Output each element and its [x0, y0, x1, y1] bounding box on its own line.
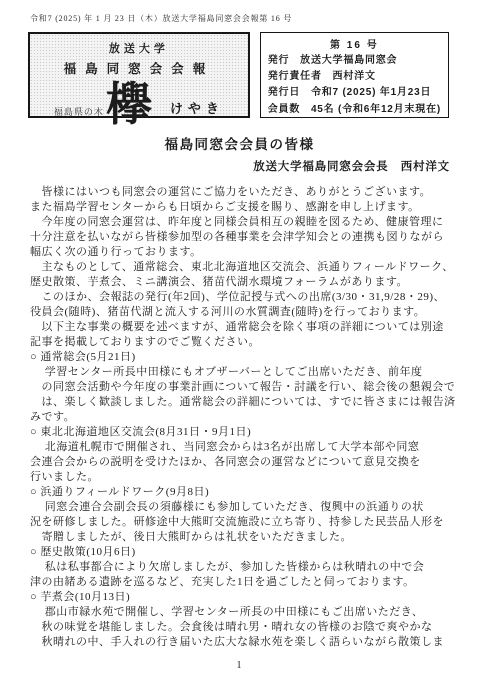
body-line: は、楽しく歓談しました。通常総会の詳細については、すでに皆さまには報告済: [30, 395, 455, 410]
masthead-row: 放送大学 福島同窓会会報 福島県の木 欅 けやき 第 16 号 発行 放送大学福…: [28, 32, 449, 118]
body-line: 以下主な事業の概要を述べますが、通常総会を除く事項の詳細については別途: [30, 320, 455, 335]
body-line: 況を研修しました。研修途中大熊町交流施設に立ち寄り、持参した民芸品人形を: [30, 515, 455, 530]
body-line: 十分注意を払いながら皆様参加型の各種事業を会津学知会との連携も図りながら: [30, 230, 455, 245]
body-line: 私は私事都合により欠席しましたが、参加した皆様からは秋晴れの中で会: [30, 560, 455, 575]
body-line: 今年度の同窓会運営は、昨年度と同様会員相互の親睦を図るため、健康管理に: [30, 215, 455, 230]
bulletin-title: 福島同窓会会報: [30, 59, 248, 77]
body-line: の同窓会活動や今年度の事業計画について報告・討議を行い、総会後の懇親会で: [30, 380, 455, 395]
body-line: また福島学習センターからも日頃からご支援を賜り、感謝を申し上げます。: [30, 200, 455, 215]
keyaki-kanji-logo: 欅: [106, 83, 152, 127]
body-line: 同窓会連合会副会長の須藤様にも参加していただき、復興中の浜通りの状: [30, 500, 455, 515]
masthead-box: 放送大学 福島同窓会会報 福島県の木 欅 けやき: [28, 32, 250, 118]
issue-info-line: 発行日 令和7 (2025) 年1月23日: [268, 85, 441, 101]
body-line: 皆様にはいつも同窓会の運営にご協力をいただき、ありがとうございます。: [30, 185, 455, 200]
body-line: 北海道札幌市で開催され、当同窓会からは3名が出席して大学本部や同窓: [30, 440, 455, 455]
issue-info-lines: 発行 放送大学福島同窓会発行責任者 西村洋文発行日 令和7 (2025) 年1月…: [268, 53, 441, 118]
header-dateline: 令和7 (2025) 年 1 月 23 日（木）放送大学福島同窓会会報第 16 …: [30, 13, 292, 24]
issue-number: 第 16 号: [268, 38, 441, 53]
tree-label: 福島県の木: [54, 105, 104, 127]
issue-info-box: 第 16 号 発行 放送大学福島同窓会発行責任者 西村洋文発行日 令和7 (20…: [260, 32, 449, 118]
body-line: ○ 東北北海道地区交流会(8月31日・9月1日): [30, 425, 455, 440]
body-line: 学習センター所長中田様にもオブザーバーとしてご出席いただき、前年度: [30, 365, 455, 380]
body-line: 秋の味覚を堪能しました。会食後は晴れ男・晴れ女の皆様のお陰で爽やかな: [30, 620, 455, 635]
issue-info-line: 発行 放送大学福島同窓会: [268, 53, 441, 69]
body-line: 津の由緒ある遺跡を巡るなど、充実した1日を過ごしたと伺っております。: [30, 575, 455, 590]
body-line: ○ 通常総会(5月21日): [30, 350, 455, 365]
body-text: 皆様にはいつも同窓会の運営にご協力をいただき、ありがとうございます。また福島学習…: [30, 185, 455, 650]
body-line: 役員会(随時)、猪苗代湖と流入する河川の水質調査(随時)を行っております。: [30, 305, 455, 320]
body-line: ○ 浜通りフィールドワーク(9月8日): [30, 485, 455, 500]
body-line: ○ 歴史散策(10月6日): [30, 545, 455, 560]
page-number: 1: [0, 660, 479, 671]
tree-reading: けやき: [170, 98, 224, 127]
body-line: このほか、会報誌の発行(年2回)、学位記授与式への出席(3/30・31,9/28…: [30, 290, 455, 305]
issue-info-line: 発行責任者 西村洋文: [268, 69, 441, 85]
body-line: 行いました。: [30, 470, 455, 485]
author-line: 放送大学福島同窓会会長 西村洋文: [253, 158, 450, 174]
body-line: 主なものとして、通常総会、東北北海道地区交流会、浜通りフィールドワーク、: [30, 260, 455, 275]
body-line: ○ 芋煮会(10月13日): [30, 590, 455, 605]
newsletter-page: 令和7 (2025) 年 1 月 23 日（木）放送大学福島同窓会会報第 16 …: [0, 0, 479, 684]
prefecture-tree-emblem: 福島県の木 欅 けやき: [30, 77, 248, 127]
page-title: 福島同窓会会員の皆様: [0, 133, 479, 153]
issue-info-line: 会員数 45名 (令和6年12月末現在): [268, 102, 441, 118]
body-line: 幅広く次の通り行っております。: [30, 245, 455, 260]
body-line: みです。: [30, 410, 455, 425]
body-line: 会連合会からの説明を受けたほか、各同窓会の運営などについて意見交換を: [30, 455, 455, 470]
body-line: 秋晴れの中、手入れの行き届いた広大な緑水苑を楽しく語らいながら散策しま: [30, 635, 455, 650]
body-line: 寄贈しましたが、後日大熊町からは礼状をいただきました。: [30, 530, 455, 545]
body-line: 記事を掲載しておりますのでご覧ください。: [30, 335, 455, 350]
body-line: 郡山市緑水苑で開催し、学習センター所長の中田様にもご出席いただき、: [30, 605, 455, 620]
university-name: 放送大学: [30, 40, 248, 56]
body-line: 歴史散策、芋煮会、ミニ講演会、猪苗代湖水環境フォーラムがあります。: [30, 275, 455, 290]
